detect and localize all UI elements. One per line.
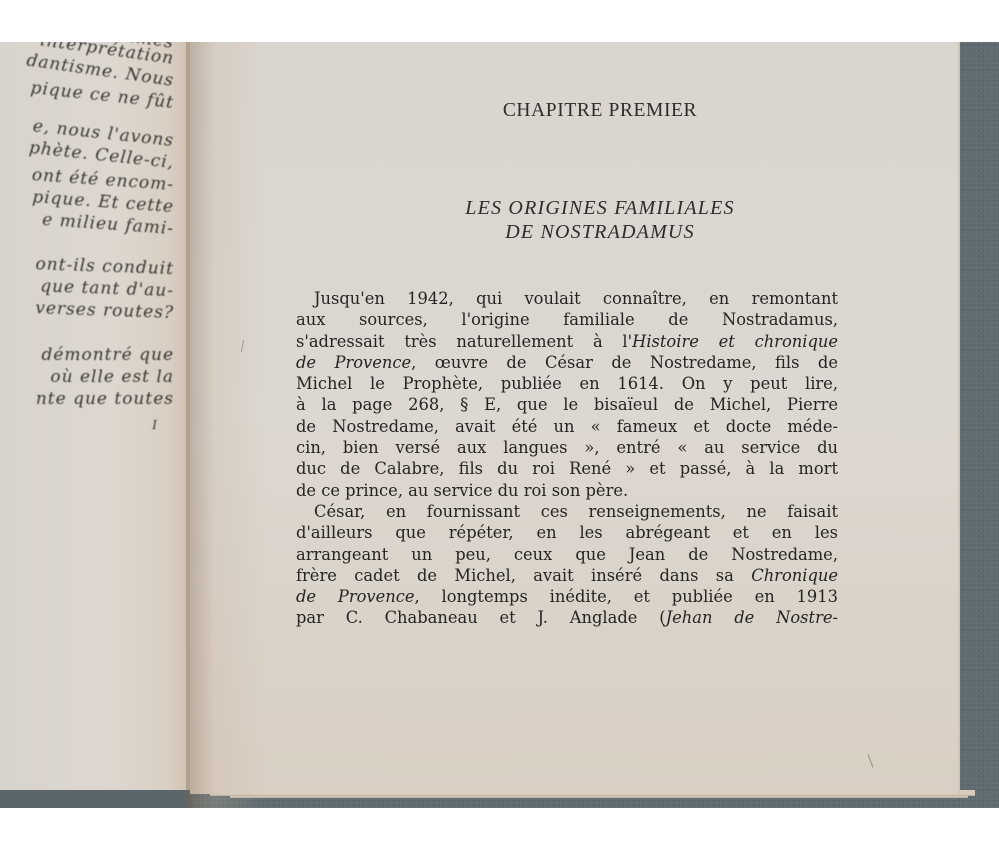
chapter-body: Jusqu'en 1942, qui voulait connaître, en… — [296, 288, 838, 629]
body-line: de ce prince, au service du roi son père… — [296, 480, 838, 501]
body-line: duc de Calabre, fils du roi René » et pa… — [296, 458, 838, 479]
body-line: César, en fournissant ces renseignements… — [296, 501, 838, 522]
body-text-run: , œuvre de César de Nostredame, fils de — [411, 353, 838, 372]
body-line: de Provence, longtemps inédite, et publi… — [296, 586, 838, 607]
left-line: démontré que — [0, 344, 174, 366]
left-page-underside — [0, 790, 192, 808]
book-title-italic: de Provence — [296, 587, 415, 606]
body-line: s'adressait très naturellement à l'Histo… — [296, 331, 838, 352]
right-page: CHAPITRE PREMIER LES ORIGINES FAMILIALES… — [190, 42, 960, 794]
chapter-label: CHAPITRE PREMIER — [380, 100, 820, 122]
paper-mark — [241, 340, 244, 352]
body-text-run: , longtemps inédite, et publiée en 1913 — [415, 587, 838, 606]
body-line: d'ailleurs que répéter, en les abrégeant… — [296, 522, 838, 543]
body-line: de Nostredame, avait été un « fameux et … — [296, 416, 838, 437]
chapter-title-line-2: DE NOSTRADAMUS — [360, 220, 840, 244]
body-line: aux sources, l'origine familiale de Nost… — [296, 309, 838, 330]
book-title-italic: de Provence — [296, 353, 411, 372]
left-line: où elle est la — [0, 366, 174, 388]
book-photo: ommes interprétation dantisme. Nous piqu… — [0, 42, 999, 808]
paper-mark — [868, 754, 874, 767]
book-title-italic: Jehan de Nostre- — [666, 608, 838, 627]
left-page-mark: I — [0, 414, 174, 436]
body-line: à la page 268, § E, que le bisaïeul de M… — [296, 394, 838, 415]
book-title-italic: Chronique — [751, 566, 838, 585]
body-line: arrangeant un peu, ceux que Jean de Nost… — [296, 544, 838, 565]
chapter-title-line-1: LES ORIGINES FAMILIALES — [360, 196, 840, 220]
body-line: cin, bien versé aux langues », entré « a… — [296, 437, 838, 458]
left-line: nte que toutes — [0, 388, 174, 410]
body-line: par C. Chabaneau et J. Anglade (Jehan de… — [296, 607, 838, 628]
left-page: ommes interprétation dantisme. Nous piqu… — [0, 42, 192, 808]
left-page-text: ommes interprétation dantisme. Nous piqu… — [0, 42, 174, 436]
body-line: frère cadet de Michel, avait inséré dans… — [296, 565, 838, 586]
book-title-italic: Histoire et chronique — [632, 332, 838, 351]
body-line: Michel le Prophète, publiée en 1614. On … — [296, 373, 838, 394]
body-text-run: frère cadet de Michel, avait inséré dans… — [296, 566, 751, 585]
body-text-run: par C. Chabaneau et J. Anglade ( — [296, 608, 666, 627]
chapter-title: LES ORIGINES FAMILIALES DE NOSTRADAMUS — [360, 196, 840, 244]
body-line: de Provence, œuvre de César de Nostredam… — [296, 352, 838, 373]
body-line: Jusqu'en 1942, qui voulait connaître, en… — [296, 288, 838, 309]
body-text-run: s'adressait très naturellement à l' — [296, 332, 632, 351]
